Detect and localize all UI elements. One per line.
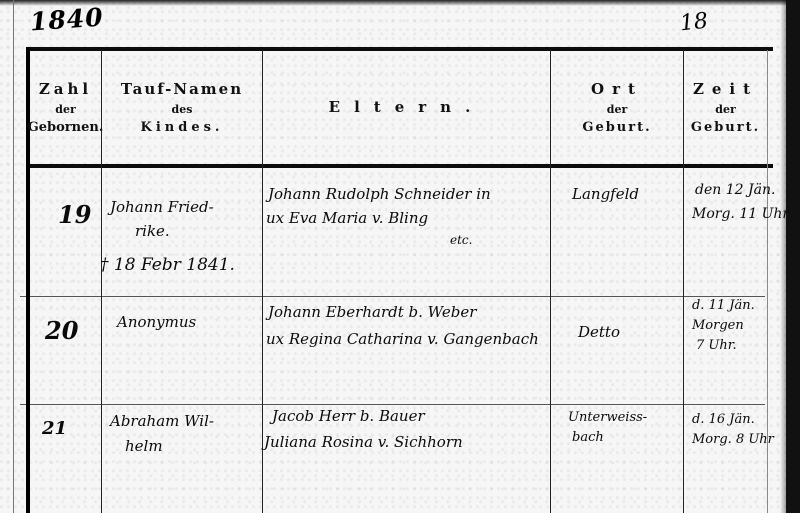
header-bottom-rule	[30, 164, 773, 168]
header-name-line-3: Kindes.	[141, 118, 224, 138]
entry-19-parents-2: ux Eva Maria v. Bling	[266, 209, 428, 227]
entry-20-parents-1: Johann Eberhardt b. Weber	[268, 303, 476, 321]
header-place-line-1: Ort	[591, 78, 643, 101]
entry-21-time-2: Morg. 8 Uhr	[692, 432, 774, 447]
entry-20-parents-2: ux Regina Catharina v. Gangenbach	[266, 330, 539, 348]
entry-20-time-2: Morgen	[692, 318, 744, 333]
entry-19-time-2: Morg. 11 Uhr	[692, 206, 789, 222]
header-place: Ort der Geburt.	[551, 52, 683, 164]
header-name-line-1: Tauf-Namen	[121, 78, 243, 101]
entry-20-number: 20	[45, 316, 78, 345]
left-margin-line	[13, 0, 14, 513]
scan-top-edge	[0, 0, 800, 6]
entry-21-place-1: Unterweiss-	[568, 410, 647, 425]
entry-21-time-1: d. 16 Jän.	[692, 412, 755, 427]
entry-19-child-name-1: Johann Fried-	[110, 198, 214, 216]
entry-20-time-3: 7 Uhr.	[696, 338, 737, 353]
header-place-line-2: der	[607, 101, 628, 118]
header-time: Zeit der Geburt.	[684, 52, 767, 164]
entry-21-number: 21	[42, 418, 67, 439]
entry-21-parents-2: Juliana Rosina v. Sichhorn	[264, 433, 463, 451]
entry-19-parents-1: Johann Rudolph Schneider in	[268, 185, 491, 203]
header-place-line-3: Geburt.	[582, 118, 651, 138]
header-name-line-2: des	[172, 101, 193, 118]
header-parents: Eltern.	[263, 52, 550, 164]
header-number: Zahl der Gebornen.	[30, 52, 101, 164]
row-divider-1	[20, 296, 765, 297]
entry-21-child-name-2: helm	[125, 437, 163, 455]
scan-right-edge	[786, 0, 800, 513]
header-number-line-2: der	[55, 101, 76, 118]
header-parents-line-1: Eltern.	[329, 96, 485, 119]
header-number-line-1: Zahl	[39, 78, 92, 101]
entry-19-parents-3: etc.	[450, 233, 472, 247]
entry-20-time-1: d. 11 Jän.	[692, 298, 755, 313]
entry-21-child-name-1: Abraham Wil-	[110, 412, 214, 430]
year-annotation: 1840	[29, 2, 104, 36]
entry-21-place-2: bach	[572, 430, 604, 445]
entry-20-child-name: Anonymus	[117, 313, 196, 331]
header-time-line-2: der	[715, 101, 736, 118]
header-name: Tauf-Namen des Kindes.	[102, 52, 262, 164]
table-top-rule	[27, 47, 773, 51]
entry-19-child-name-2: rike.	[135, 222, 170, 240]
entry-19-number: 19	[58, 200, 91, 229]
header-time-line-3: Geburt.	[691, 118, 760, 138]
register-page: 1840 18 Zahl der Gebornen. Tauf-Namen de…	[0, 0, 800, 513]
entry-19-time-1: den 12 Jän.	[695, 182, 775, 198]
entry-19-death-note: † 18 Febr 1841.	[100, 255, 235, 275]
entry-19-place: Langfeld	[572, 185, 639, 203]
header-number-line-3: Gebornen.	[28, 118, 104, 138]
entry-21-parents-1: Jacob Herr b. Bauer	[272, 407, 425, 425]
entry-20-place: Detto	[578, 323, 620, 341]
row-divider-2	[20, 404, 765, 405]
page-number: 18	[679, 9, 709, 37]
header-time-line-1: Zeit	[693, 78, 758, 101]
